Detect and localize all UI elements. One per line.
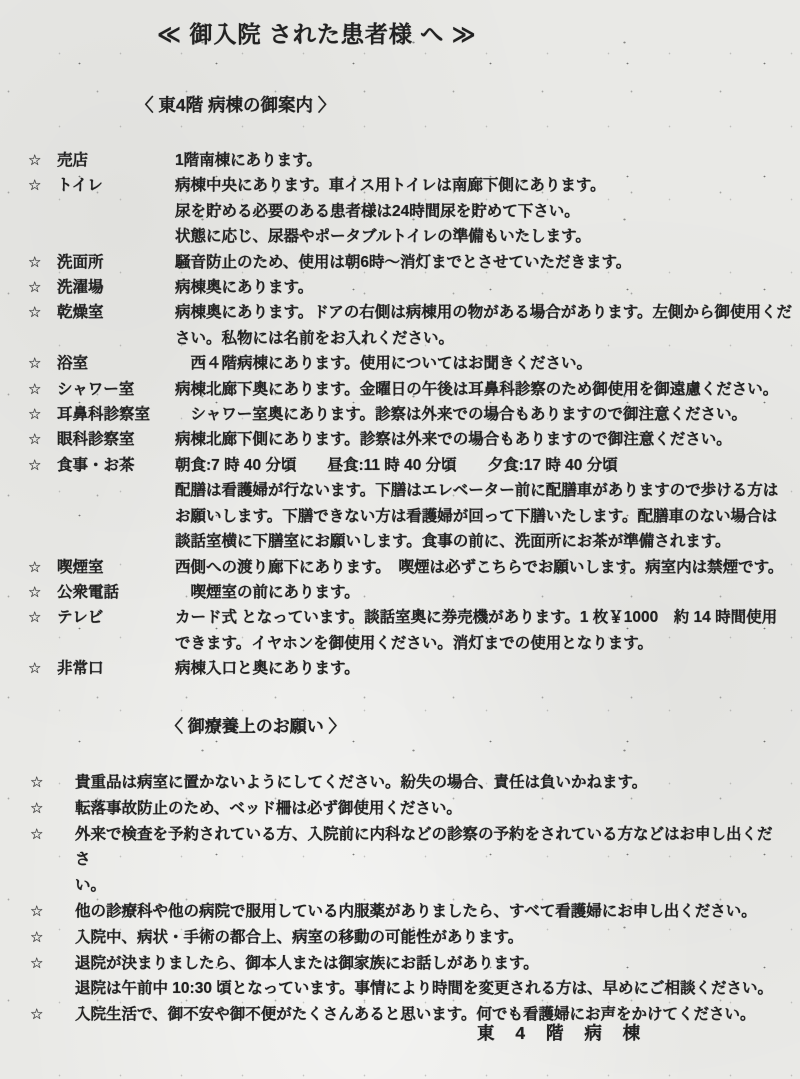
- request-item-text: 転落事故防止のため、ベッド柵は必ず御使用ください。: [75, 796, 786, 822]
- guide-item-term: 洗濯場: [57, 275, 175, 300]
- guide-item: ☆浴室 西４階病棟にあります。使用についてはお聞きください。: [28, 351, 788, 376]
- request-item-line: 入院生活で、御不安や御不便がたくさんあると思います。何でも看護婦にお声をかけてく…: [75, 1002, 786, 1028]
- guide-item-description: 病棟北廊下奥にあります。金曜日の午後は耳鼻科診察のため御使用を御遠慮ください。: [175, 377, 788, 402]
- request-item-line: 外来で検査を予約されている方、入院前に内科などの診察の予約をされている方などはお…: [75, 822, 786, 874]
- request-item-text: 他の診療科や他の病院で服用している内服薬がありましたら、すべて看護婦にお申し出く…: [75, 899, 786, 925]
- star-bullet-icon: ☆: [28, 580, 57, 605]
- star-bullet-icon: ☆: [28, 300, 57, 325]
- guide-item-line: 病棟中央にあります。車イス用トイレは南廊下側にあります。: [175, 173, 788, 198]
- document-title: ≪ 御入院 された患者様 へ ≫: [157, 16, 477, 49]
- guide-item-line: 配膳は看護婦が行ないます。下膳はエレベーター前に配膳車がありますので歩ける方は: [175, 478, 788, 503]
- request-item: ☆入院生活で、御不安や御不便がたくさんあると思います。何でも看護婦にお声をかけて…: [30, 1002, 786, 1028]
- request-item-text: 退院は午前中 10:30 頃となっています。事情により時間を変更される方は、早め…: [75, 976, 786, 1002]
- guide-item-line: 病棟奥にあります。: [175, 275, 788, 300]
- guide-item-line: カード式 となっています。談話室奥に券売機があります。1 枚￥1000 約 14…: [175, 605, 788, 630]
- guide-item-line: お願いします。下膳できない方は看護婦が回って下膳いたします。配膳車のない場合は: [175, 504, 788, 529]
- guide-item: ☆公衆電話 喫煙室の前にあります。: [28, 580, 788, 605]
- guide-item-term: 眼科診察室: [57, 427, 175, 452]
- guide-item-description: 騒音防止のため、使用は朝6時～消灯までとさせていただきます。: [175, 250, 788, 275]
- request-item-line: 他の診療科や他の病院で服用している内服薬がありましたら、すべて看護婦にお申し出く…: [75, 899, 786, 925]
- guide-item: ☆テレビカード式 となっています。談話室奥に券売機があります。1 枚￥1000 …: [28, 605, 788, 656]
- star-bullet-icon: ☆: [30, 1002, 75, 1028]
- guide-item-description: 朝食:7 時 40 分頃 昼食:11 時 40 分頃 夕食:17 時 40 分頃…: [175, 453, 788, 555]
- guide-item-line: 朝食:7 時 40 分頃 昼食:11 時 40 分頃 夕食:17 時 40 分頃: [175, 453, 788, 478]
- guide-item-term: トイレ: [57, 173, 175, 198]
- request-item-text: 退院が決まりましたら、御本人または御家族にお話しがあります。: [75, 951, 786, 977]
- guide-item-line: シャワー室奥にあります。診察は外来での場合もありますので御注意ください。: [175, 402, 788, 427]
- star-bullet-icon: ☆: [28, 250, 57, 275]
- care-request-list: ☆貴重品は病室に置かないようにしてください。紛失の場合、責任は負いかねます。☆転…: [30, 770, 786, 1028]
- request-item-text: 外来で検査を予約されている方、入院前に内科などの診察の予約をされている方などはお…: [75, 822, 786, 899]
- star-bullet-icon: ☆: [30, 925, 75, 951]
- star-bullet-icon: ☆: [28, 555, 57, 580]
- guide-item-line: 騒音防止のため、使用は朝6時～消灯までとさせていただきます。: [175, 250, 788, 275]
- guide-item-line: 状態に応じ、尿器やポータブルトイレの準備もいたします。: [175, 224, 788, 249]
- guide-item-term: 公衆電話: [57, 580, 175, 605]
- request-item-line: 貴重品は病室に置かないようにしてください。紛失の場合、責任は負いかねます。: [75, 770, 786, 796]
- star-bullet-icon: ☆: [28, 453, 57, 478]
- guide-item-line: 病棟奥にあります。ドアの右側は病棟用の物がある場合があります。左側から御使用くだ: [175, 300, 788, 325]
- guide-item: ☆乾燥室病棟奥にあります。ドアの右側は病棟用の物がある場合があります。左側から御…: [28, 300, 788, 351]
- guide-item: ☆眼科診察室病棟北廊下側にあります。診察は外来での場合もありますので御注意くださ…: [28, 427, 788, 452]
- guide-item-term: 非常口: [57, 656, 175, 681]
- guide-item-term: 洗面所: [57, 250, 175, 275]
- star-bullet-icon: ☆: [28, 173, 57, 198]
- guide-item-term: 耳鼻科診察室: [57, 402, 175, 427]
- request-item: ☆入院中、病状・手術の都合上、病室の移動の可能性があります。: [30, 925, 786, 951]
- section-heading-requests: 〈 御療養上のお願い 〉: [166, 712, 345, 737]
- request-item: ☆貴重品は病室に置かないようにしてください。紛失の場合、責任は負いかねます。: [30, 770, 786, 796]
- guide-item: ☆シャワー室病棟北廊下奥にあります。金曜日の午後は耳鼻科診察のため御使用を御遠慮…: [28, 377, 788, 402]
- request-item-line: 入院中、病状・手術の都合上、病室の移動の可能性があります。: [75, 925, 786, 951]
- guide-item-line: 病棟北廊下側にあります。診察は外来での場合もありますので御注意ください。: [175, 427, 788, 452]
- guide-item: ☆売店1階南棟にあります。: [28, 148, 788, 173]
- star-bullet-icon: ☆: [30, 770, 75, 796]
- request-item: 退院は午前中 10:30 頃となっています。事情により時間を変更される方は、早め…: [30, 976, 786, 1002]
- guide-item-line: 1階南棟にあります。: [175, 148, 788, 173]
- guide-item-term: 乾燥室: [57, 300, 175, 325]
- star-bullet-icon: ☆: [28, 656, 57, 681]
- star-bullet-icon: ☆: [28, 351, 57, 376]
- star-bullet-icon: ☆: [28, 148, 57, 173]
- guide-item: ☆喫煙室西側への渡り廊下にあります。 喫煙は必ずこちらでお願いします。病室内は禁…: [28, 555, 788, 580]
- star-bullet-icon: ☆: [30, 796, 75, 822]
- request-item: ☆転落事故防止のため、ベッド柵は必ず御使用ください。: [30, 796, 786, 822]
- star-bullet-icon: ☆: [30, 822, 75, 848]
- guide-item-term: 喫煙室: [57, 555, 175, 580]
- star-bullet-icon: ☆: [28, 605, 57, 630]
- guide-item: ☆非常口病棟入口と奥にあります。: [28, 656, 788, 681]
- guide-item-line: さい。私物には名前をお入れください。: [175, 326, 788, 351]
- star-bullet-icon: ☆: [28, 402, 57, 427]
- guide-item-term: 浴室: [57, 351, 175, 376]
- request-item: ☆他の診療科や他の病院で服用している内服薬がありましたら、すべて看護婦にお申し出…: [30, 899, 786, 925]
- guide-item-description: 病棟中央にあります。車イス用トイレは南廊下側にあります。尿を貯める必要のある患者…: [175, 173, 788, 249]
- scanned-document-page: ≪ 御入院 された患者様 へ ≫ 〈 東4階 病棟の御案内 〉 ☆売店1階南棟に…: [0, 0, 800, 1079]
- guide-item-description: カード式 となっています。談話室奥に券売機があります。1 枚￥1000 約 14…: [175, 605, 788, 656]
- request-item-line: 退院は午前中 10:30 頃となっています。事情により時間を変更される方は、早め…: [75, 976, 786, 1002]
- guide-item-term: 売店: [57, 148, 175, 173]
- guide-item-description: 病棟北廊下側にあります。診察は外来での場合もありますので御注意ください。: [175, 427, 788, 452]
- star-bullet-icon: ☆: [30, 899, 75, 925]
- request-item-text: 入院中、病状・手術の都合上、病室の移動の可能性があります。: [75, 925, 786, 951]
- guide-item: ☆洗面所騒音防止のため、使用は朝6時～消灯までとさせていただきます。: [28, 250, 788, 275]
- guide-item-line: 談話室横に下膳室にお願いします。食事の前に、洗面所にお茶が準備されます。: [175, 529, 788, 554]
- guide-item-line: 西側への渡り廊下にあります。 喫煙は必ずこちらでお願いします。病室内は禁煙です。: [175, 555, 788, 580]
- request-item-text: 入院生活で、御不安や御不便がたくさんあると思います。何でも看護婦にお声をかけてく…: [75, 1002, 786, 1028]
- star-bullet-icon: ☆: [28, 377, 57, 402]
- request-item: ☆外来で検査を予約されている方、入院前に内科などの診察の予約をされている方などは…: [30, 822, 786, 899]
- request-item-line: 転落事故防止のため、ベッド柵は必ず御使用ください。: [75, 796, 786, 822]
- guide-item: ☆耳鼻科診察室 シャワー室奥にあります。診察は外来での場合もありますので御注意く…: [28, 402, 788, 427]
- request-item-line: 退院が決まりましたら、御本人または御家族にお話しがあります。: [75, 951, 786, 977]
- section-heading-ward-guide: 〈 東4階 病棟の御案内 〉: [136, 92, 335, 117]
- star-bullet-icon: ☆: [28, 427, 57, 452]
- guide-item-line: 喫煙室の前にあります。: [175, 580, 788, 605]
- guide-item-line: 病棟入口と奥にあります。: [175, 656, 788, 681]
- guide-item-term: 食事・お茶: [57, 453, 175, 478]
- guide-item: ☆トイレ病棟中央にあります。車イス用トイレは南廊下側にあります。尿を貯める必要の…: [28, 173, 788, 249]
- guide-item-term: シャワー室: [57, 377, 175, 402]
- request-item: ☆退院が決まりましたら、御本人または御家族にお話しがあります。: [30, 951, 786, 977]
- guide-item-line: 尿を貯める必要のある患者様は24時間尿を貯めて下さい。: [175, 199, 788, 224]
- guide-item-description: 病棟奥にあります。ドアの右側は病棟用の物がある場合があります。左側から御使用くだ…: [175, 300, 788, 351]
- guide-item: ☆洗濯場病棟奥にあります。: [28, 275, 788, 300]
- guide-item-description: 病棟奥にあります。: [175, 275, 788, 300]
- ward-guide-list: ☆売店1階南棟にあります。☆トイレ病棟中央にあります。車イス用トイレは南廊下側に…: [28, 148, 788, 682]
- guide-item: ☆食事・お茶朝食:7 時 40 分頃 昼食:11 時 40 分頃 夕食:17 時…: [28, 453, 788, 555]
- guide-item-description: 西側への渡り廊下にあります。 喫煙は必ずこちらでお願いします。病室内は禁煙です。: [175, 555, 788, 580]
- guide-item-description: シャワー室奥にあります。診察は外来での場合もありますので御注意ください。: [175, 402, 788, 427]
- guide-item-term: テレビ: [57, 605, 175, 630]
- request-item-line: い。: [75, 873, 786, 899]
- guide-item-line: できます。イヤホンを御使用ください。消灯までの使用となります。: [175, 631, 788, 656]
- footer-ward-name: 東 4 階 病 棟: [477, 1020, 648, 1045]
- star-bullet-icon: ☆: [30, 951, 75, 977]
- guide-item-line: 病棟北廊下奥にあります。金曜日の午後は耳鼻科診察のため御使用を御遠慮ください。: [175, 377, 788, 402]
- guide-item-description: 病棟入口と奥にあります。: [175, 656, 788, 681]
- star-bullet-icon: ☆: [28, 275, 57, 300]
- guide-item-description: 1階南棟にあります。: [175, 148, 788, 173]
- guide-item-line: 西４階病棟にあります。使用についてはお聞きください。: [175, 351, 788, 376]
- request-item-text: 貴重品は病室に置かないようにしてください。紛失の場合、責任は負いかねます。: [75, 770, 786, 796]
- guide-item-description: 喫煙室の前にあります。: [175, 580, 788, 605]
- guide-item-description: 西４階病棟にあります。使用についてはお聞きください。: [175, 351, 788, 376]
